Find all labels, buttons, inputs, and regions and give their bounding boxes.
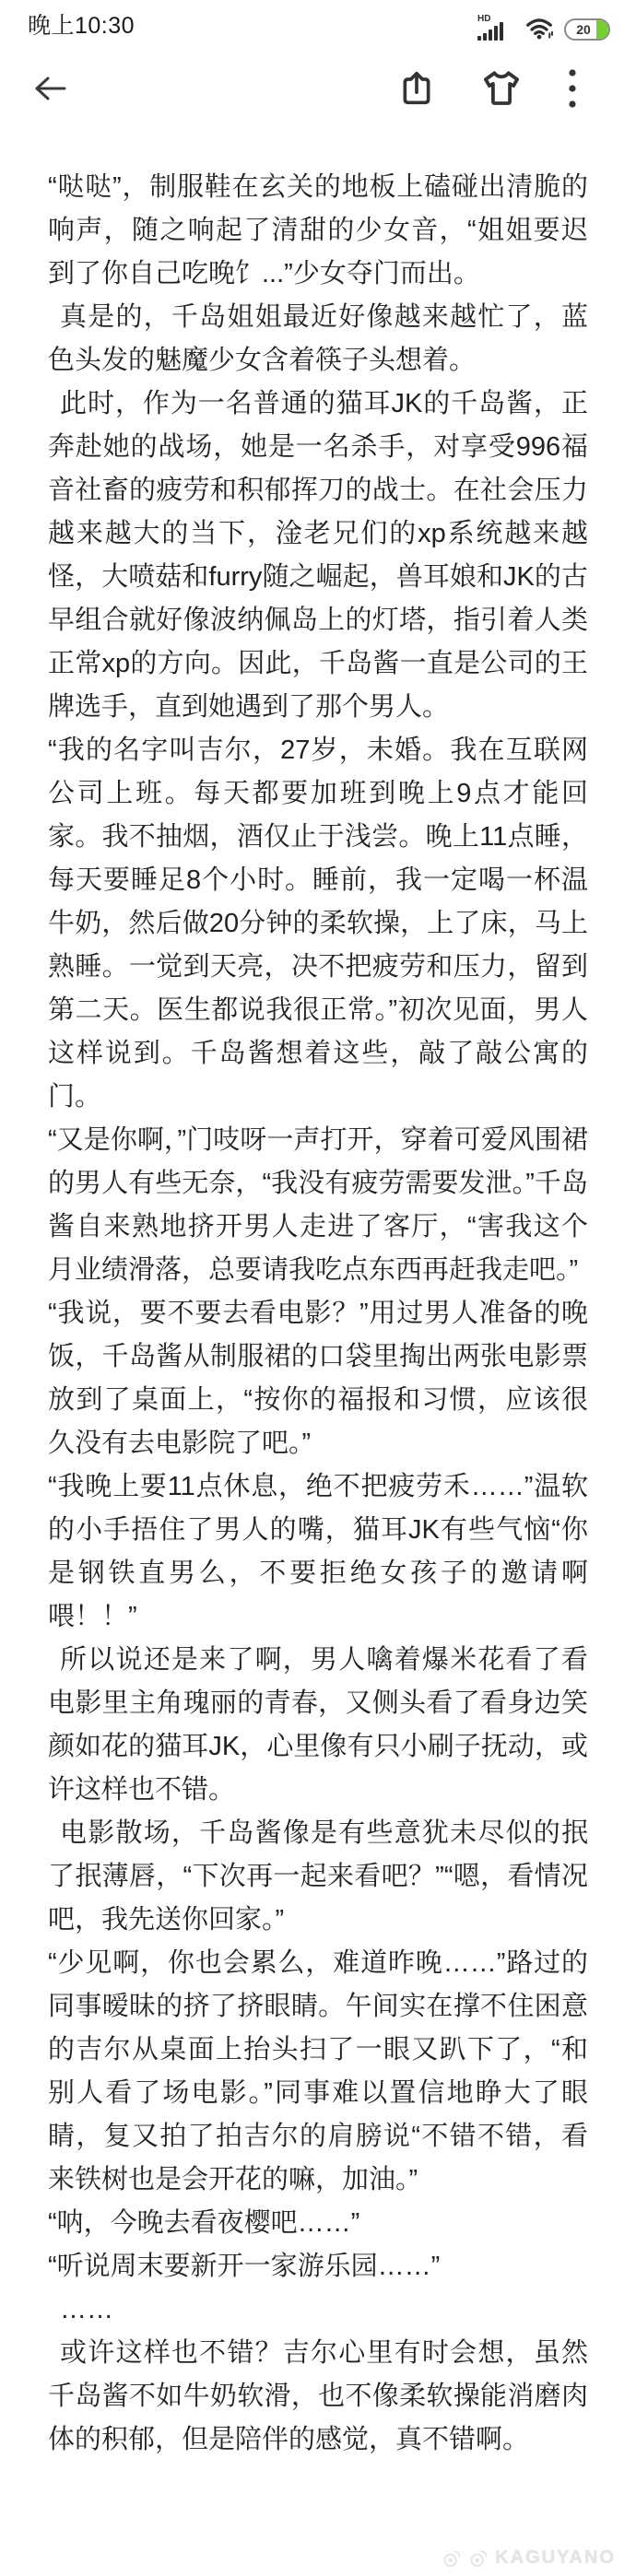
- back-arrow-icon: [33, 75, 68, 102]
- watermark-username: KAGUYANO: [495, 2547, 616, 2569]
- signal-strength-icon: HD: [477, 15, 514, 42]
- back-button[interactable]: [33, 75, 68, 102]
- paragraph: “听说周末要新开一家游乐园……”: [48, 2245, 588, 2288]
- weibo-logo-icon: [468, 2548, 489, 2569]
- paragraph: 电影散场，千岛酱像是有些意犹未尽似的抿了抿薄唇，“下次再一起来看吧？”“嗯，看情…: [48, 1812, 588, 1942]
- weibo-logo-icon: [442, 2548, 462, 2569]
- paragraph: “我晚上要11点休息，绝不把疲劳禾……”温软的小手捂住了男人的嘴，猫耳JK有些气…: [48, 1465, 588, 1639]
- paragraph: 或许这样也不错？吉尔心里有时会想，虽然千岛酱不如牛奶软滑，也不像柔软操能消磨肉体…: [48, 2332, 588, 2462]
- battery-percent: 20: [576, 22, 591, 37]
- screen: 晚上10:30 HD 20: [0, 0, 636, 2576]
- wifi-icon: [525, 16, 553, 41]
- battery-charge-fill: [596, 20, 608, 39]
- paragraph: ……: [48, 2288, 588, 2332]
- status-bar: 晚上10:30 HD 20: [0, 0, 636, 52]
- share-icon: [398, 68, 435, 109]
- paragraph: “我说，要不要去看电影？”用过男人准备的晚饭，千岛酱从制服裙的口袋里掏出两张电影…: [48, 1292, 588, 1465]
- article-body: “哒哒”，制服鞋在玄关的地板上磕碰出清脆的响声，随之响起了清甜的少女音，“姐姐要…: [0, 125, 636, 2462]
- paragraph: 所以说还是来了啊，男人噙着爆米花看了看电影里主角瑰丽的青春，又侧头看了看身边笑颜…: [48, 1639, 588, 1812]
- paragraph: “呐，今晚去看夜樱吧……”: [48, 2202, 588, 2245]
- status-icons: HD 20: [477, 11, 610, 42]
- more-menu-button[interactable]: [568, 68, 577, 109]
- status-time: 晚上10:30: [28, 11, 135, 41]
- kebab-menu-icon: [568, 68, 577, 109]
- paragraph: “少见啊，你也会累么，难道昨晚……”路过的同事暧昧的挤了挤眼睛。午间实在撑不住困…: [48, 1942, 588, 2202]
- paragraph: 真是的，千岛姐姐最近好像越来越忙了，蓝色头发的魅魔少女含着筷子头想着。: [48, 296, 588, 382]
- battery-icon: 20: [564, 18, 610, 41]
- tshirt-icon: [481, 70, 522, 107]
- toolbar: [0, 52, 636, 125]
- theme-button[interactable]: [481, 70, 522, 107]
- watermark: KAGUYANO: [442, 2547, 616, 2569]
- share-button[interactable]: [398, 68, 435, 109]
- paragraph: “我的名字叫吉尔，27岁，未婚。我在互联网公司上班。每天都要加班到晚上9点才能回…: [48, 729, 588, 1119]
- paragraph: “哒哒”，制服鞋在玄关的地板上磕碰出清脆的响声，随之响起了清甜的少女音，“姐姐要…: [48, 166, 588, 296]
- paragraph: “又是你啊，”门吱呀一声打开，穿着可爱风围裙的男人有些无奈，“我没有疲劳需要发泄…: [48, 1119, 588, 1292]
- paragraph: 此时，作为一名普通的猫耳JK的千岛酱，正奔赴她的战场，她是一名杀手，对享受996…: [48, 382, 588, 729]
